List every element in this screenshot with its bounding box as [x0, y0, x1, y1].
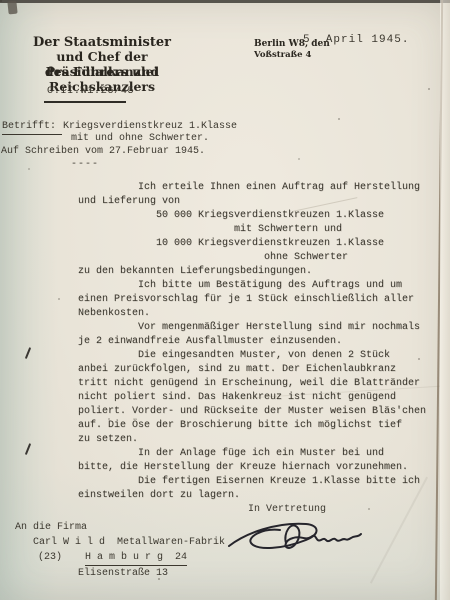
margin-checkmark	[25, 347, 31, 359]
letterhead-street: Voßstraße 4	[254, 49, 311, 61]
ink-smudge	[7, 1, 17, 15]
reference-underline	[44, 101, 126, 103]
letter-date: 5. April 1945.	[303, 34, 409, 46]
subject-dashes: ----	[71, 159, 99, 171]
letter-document: Der Staatsminister und Chef der Präsidia…	[0, 0, 450, 600]
recipient-postal-code: (23)	[38, 552, 62, 564]
margin-checkmark	[25, 443, 31, 455]
recipient-street: Elisenstraße 13	[78, 568, 168, 580]
paper-specks	[0, 0, 2, 2]
recipient-city: H a m b u r g 24	[85, 552, 187, 566]
subject-label: Betrifft:	[2, 121, 62, 135]
paper-top-edge	[0, 0, 450, 3]
paper-right-margin	[440, 0, 450, 600]
recipient-company: Carl W i l d Metallwaren-Fabrik	[33, 537, 225, 549]
recipient-intro: An die Firma	[15, 522, 87, 534]
handwritten-signature	[226, 514, 364, 558]
reference-number: O.II.Wi.26/45	[47, 85, 134, 97]
letter-body: Ich erteile Ihnen einen Auftrag auf Hers…	[78, 181, 426, 503]
subject-line2: mit und ohne Schwerter.	[71, 133, 209, 145]
subject-reference-line: Auf Schreiben vom 27.Februar 1945.	[1, 146, 205, 158]
subject-line1: Kriegsverdienstkreuz 1.Klasse	[63, 121, 237, 133]
